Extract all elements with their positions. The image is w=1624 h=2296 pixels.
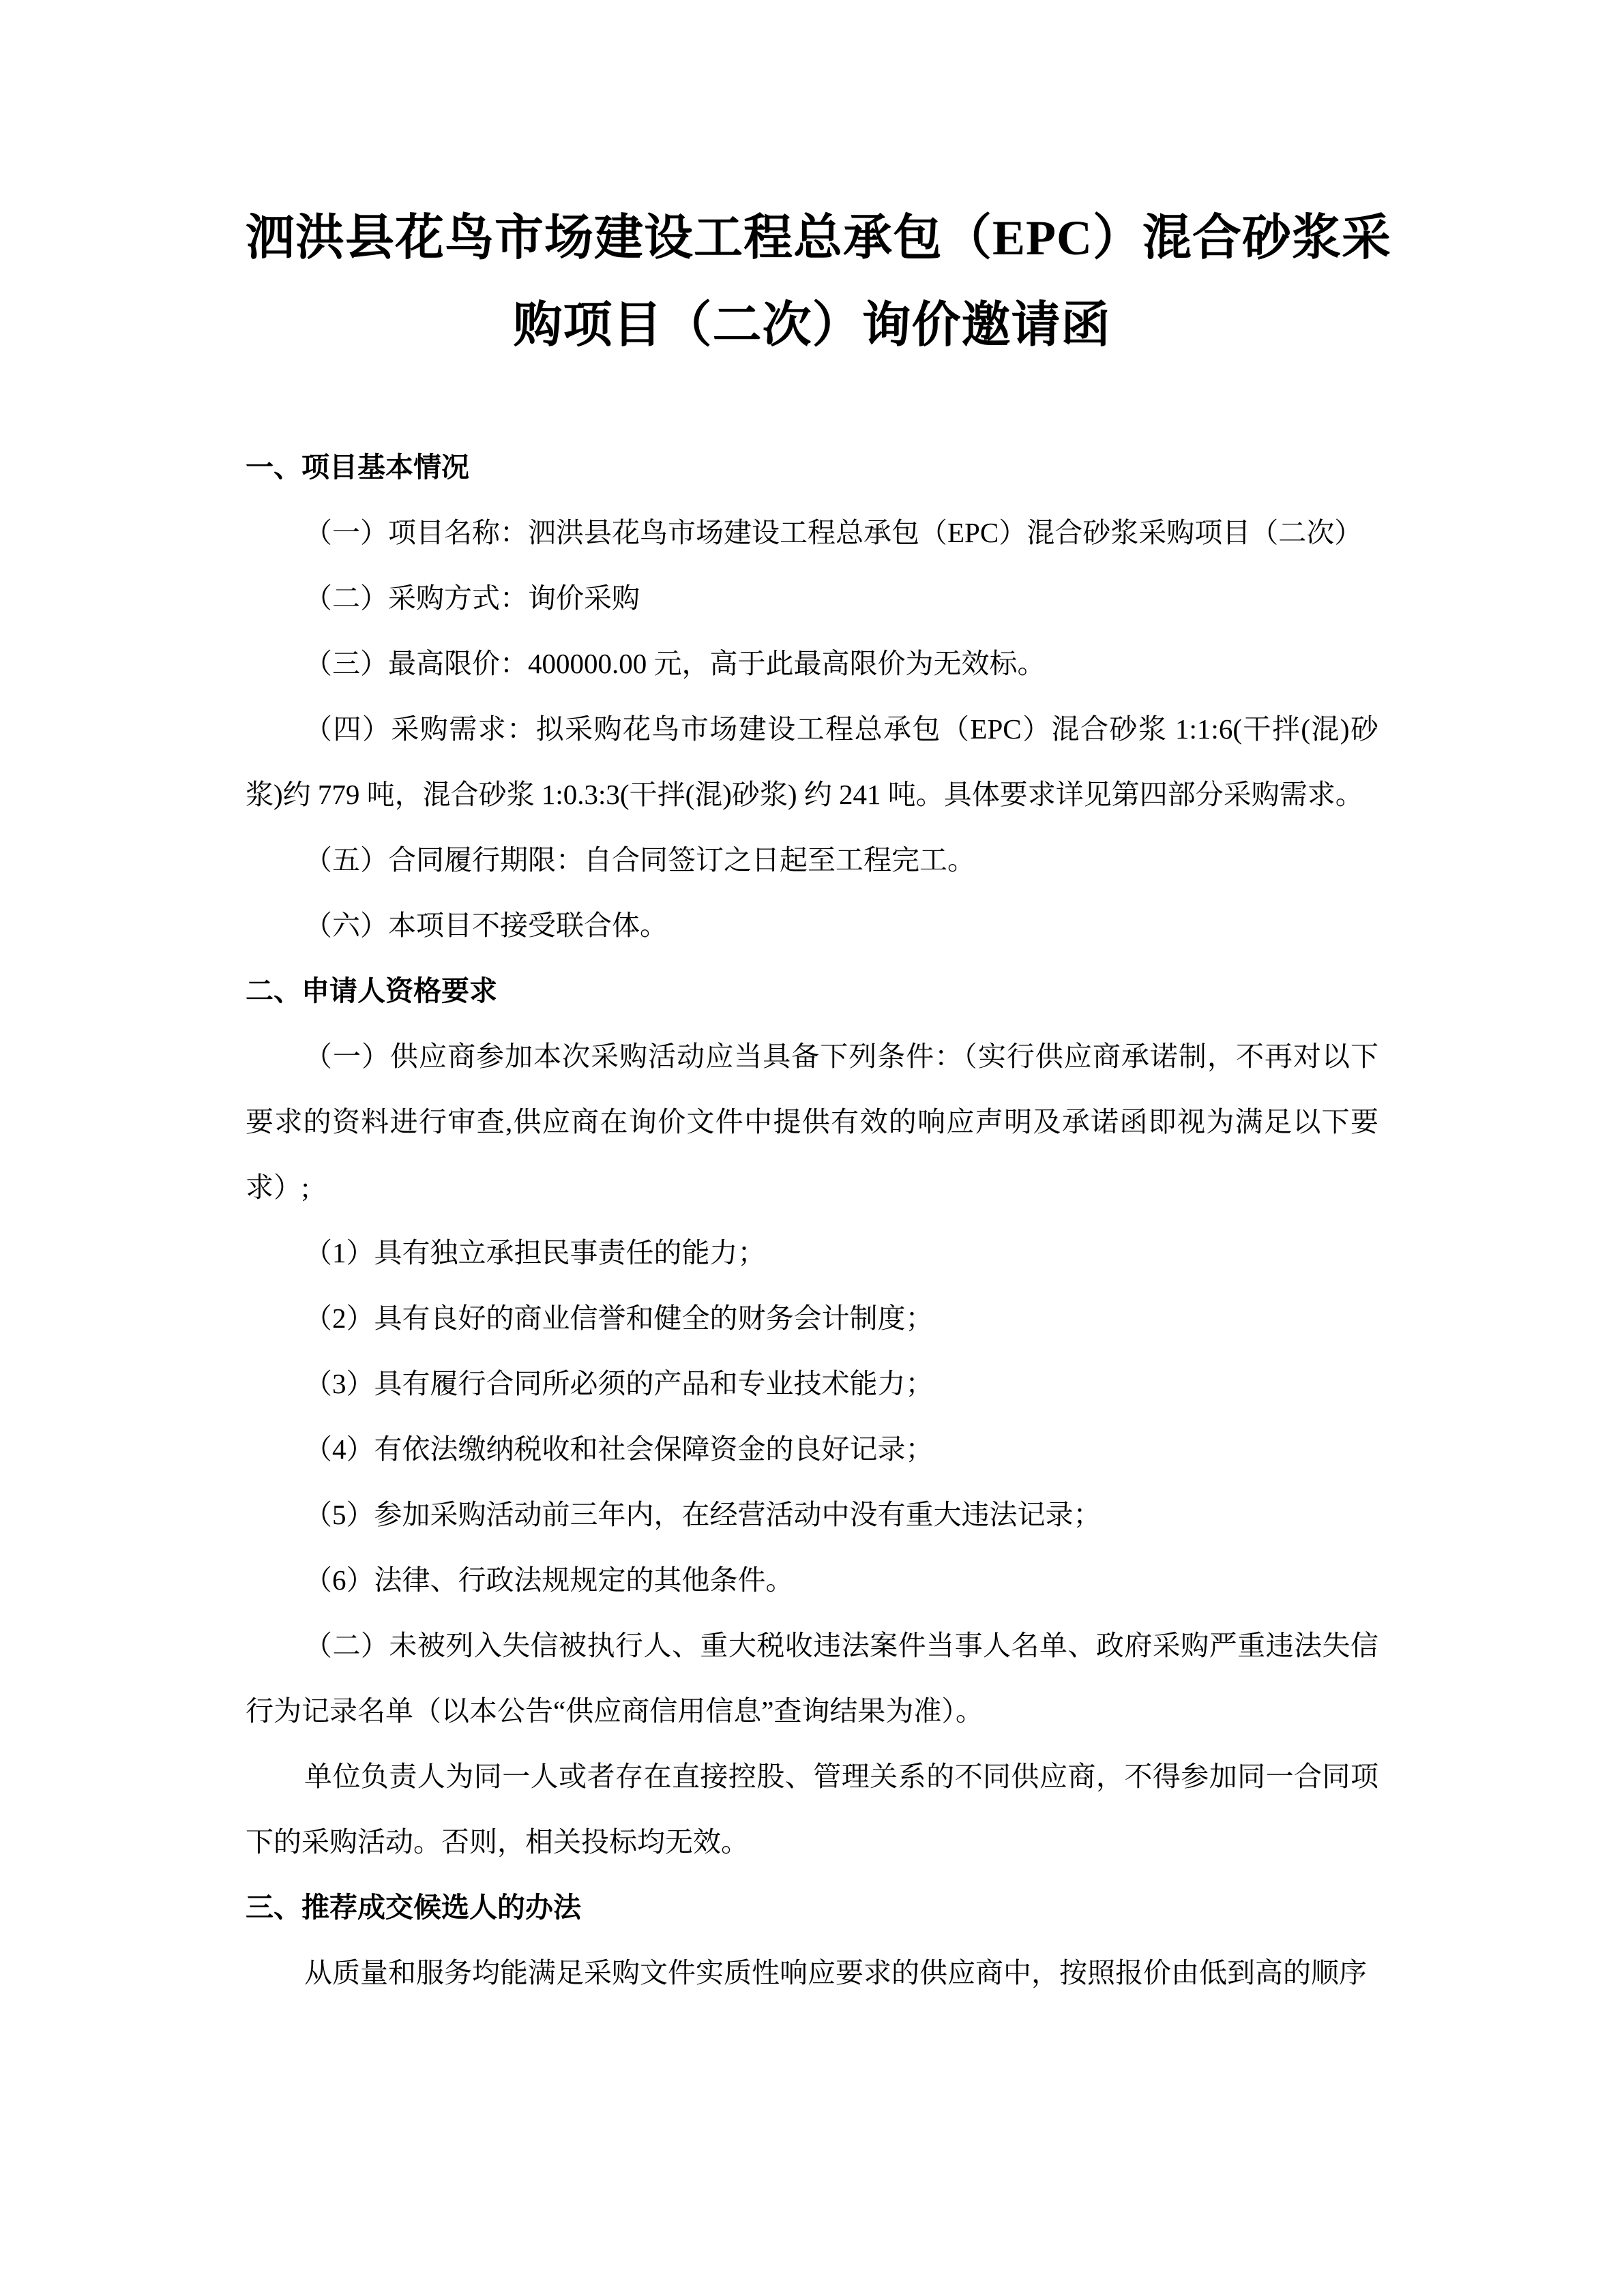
para-procurement-demand: （四）采购需求：拟采购花鸟市场建设工程总承包（EPC）混合砂浆 1:1:6(干拌… — [246, 696, 1378, 827]
para-contract-period: （五）合同履行期限：自合同签订之日起至工程完工。 — [246, 827, 1378, 893]
para-condition-4: （4）有依法缴纳税收和社会保障资金的良好记录； — [246, 1416, 1378, 1482]
document-title-line-1: 泗洪县花鸟市场建设工程总承包（EPC）混合砂浆采 — [246, 194, 1378, 282]
para-max-price: （三）最高限价：400000.00 元，高于此最高限价为无效标。 — [246, 631, 1378, 696]
para-supplier-conditions: （一）供应商参加本次采购活动应当具备下列条件：（实行供应商承诺制，不再对以下要求… — [246, 1024, 1378, 1220]
document-title: 泗洪县花鸟市场建设工程总承包（EPC）混合砂浆采 购项目（二次）询价邀请函 — [246, 194, 1378, 369]
section-heading-candidate-method: 三、推荐成交候选人的办法 — [246, 1875, 1378, 1940]
section-heading-applicant-qualification: 二、申请人资格要求 — [246, 958, 1378, 1024]
para-no-consortium: （六）本项目不接受联合体。 — [246, 893, 1378, 958]
para-condition-6: （6）法律、行政法规规定的其他条件。 — [246, 1547, 1378, 1613]
document-body: 一、项目基本情况 （一）项目名称：泗洪县花鸟市场建设工程总承包（EPC）混合砂浆… — [246, 434, 1378, 2006]
para-condition-2: （2）具有良好的商业信誉和健全的财务会计制度； — [246, 1285, 1378, 1351]
para-condition-5: （5）参加采购活动前三年内，在经营活动中没有重大违法记录； — [246, 1482, 1378, 1547]
para-same-responsible-person: 单位负责人为同一人或者存在直接控股、管理关系的不同供应商，不得参加同一合同项下的… — [246, 1744, 1378, 1875]
para-condition-1: （1）具有独立承担民事责任的能力； — [246, 1220, 1378, 1285]
document-title-line-2: 购项目（二次）询价邀请函 — [246, 282, 1378, 369]
para-ranking-rule: 从质量和服务均能满足采购文件实质性响应要求的供应商中，按照报价由低到高的顺序 — [246, 1940, 1378, 2006]
para-condition-3: （3）具有履行合同所必须的产品和专业技术能力； — [246, 1351, 1378, 1416]
section-heading-basic-info: 一、项目基本情况 — [246, 434, 1378, 500]
document-page: 泗洪县花鸟市场建设工程总承包（EPC）混合砂浆采 购项目（二次）询价邀请函 一、… — [0, 0, 1624, 2296]
para-not-blacklisted: （二）未被列入失信被执行人、重大税收违法案件当事人名单、政府采购严重违法失信行为… — [246, 1613, 1378, 1744]
para-project-name: （一）项目名称：泗洪县花鸟市场建设工程总承包（EPC）混合砂浆采购项目（二次） — [246, 500, 1378, 565]
para-procurement-method: （二）采购方式：询价采购 — [246, 565, 1378, 631]
